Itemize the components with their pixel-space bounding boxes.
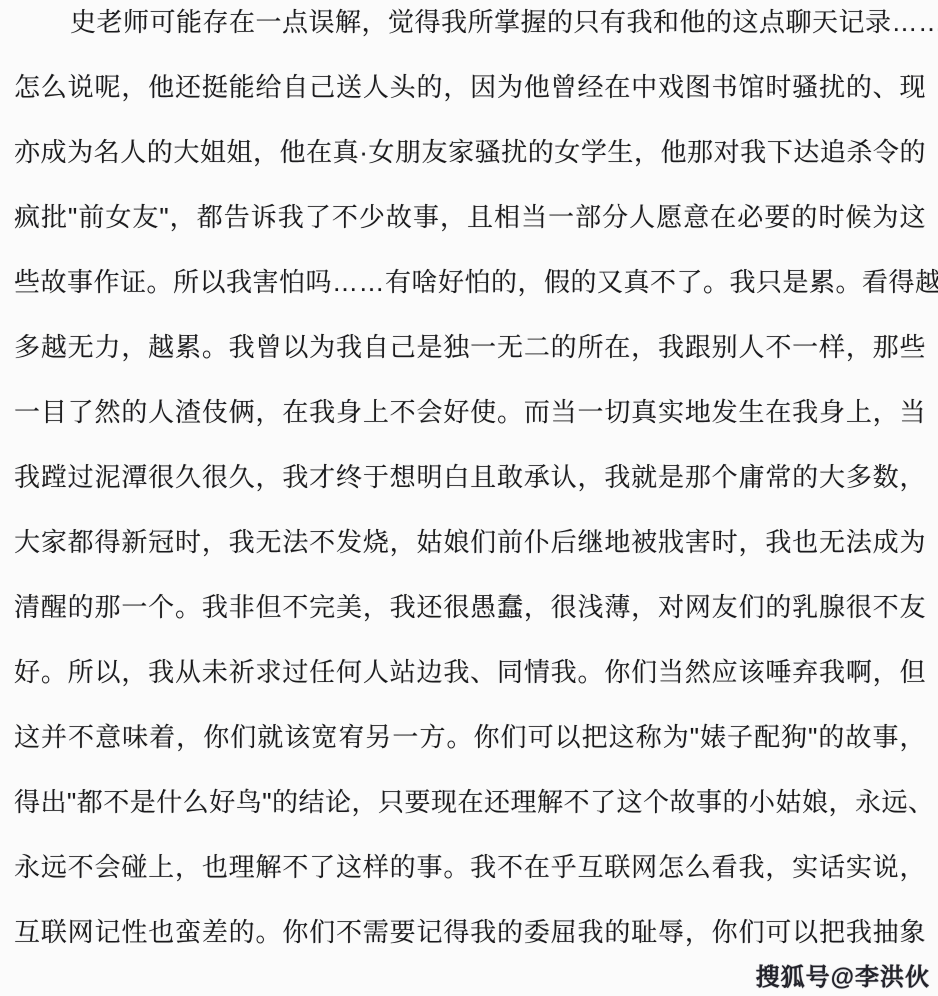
text-line: 亦成为名人的大姐姐，他在真·女朋友家骚扰的女学生，他那对我下达追杀令的 — [14, 120, 926, 185]
text-line: 怎么说呢，他还挺能给自己送人头的，因为他曾经在中戏图书馆时骚扰的、现 — [14, 55, 926, 120]
text-line: 清醒的那一个。我非但不完美，我还很愚蠢，很浅薄，对网友们的乳腺很不友 — [14, 575, 926, 640]
text-line: 这并不意味着，你们就该宽宥另一方。你们可以把这称为"婊子配狗"的故事， — [14, 705, 926, 770]
text-line: 得出"都不是什么好鸟"的结论，只要现在还理解不了这个故事的小姑娘，永远、 — [14, 770, 926, 835]
text-line: 史老师可能存在一点误解，觉得我所掌握的只有我和他的这点聊天记录…… — [14, 0, 926, 55]
paragraph-text: 史老师可能存在一点误解，觉得我所掌握的只有我和他的这点聊天记录…… 怎么说呢，他… — [14, 0, 926, 965]
text-line: 永远不会碰上，也理解不了这样的事。我不在乎互联网怎么看我，实话实说， — [14, 835, 926, 900]
text-line: 一目了然的人渣伎俩，在我身上不会好使。而当一切真实地发生在我身上，当 — [14, 380, 926, 445]
text-line: 些故事作证。所以我害怕吗……有啥好怕的，假的又真不了。我只是累。看得越 — [14, 250, 926, 315]
text-line: 互联网记性也蛮差的。你们不需要记得我的委屈我的耻辱，你们可以把我抽象 — [14, 900, 926, 965]
text-line: 多越无力，越累。我曾以为我自己是独一无二的所在，我跟别人不一样，那些 — [14, 315, 926, 380]
text-line: 我蹚过泥潭很久很久，我才终于想明白且敢承认，我就是那个庸常的大多数， — [14, 445, 926, 510]
text-line: 大家都得新冠时，我无法不发烧，姑娘们前仆后继地被戕害时，我也无法成为 — [14, 510, 926, 575]
text-line: 好。所以，我从未祈求过任何人站边我、同情我。你们当然应该唾弃我啊，但 — [14, 640, 926, 705]
text-line: 疯批"前女友"，都告诉我了不少故事，且相当一部分人愿意在必要的时候为这 — [14, 185, 926, 250]
article-page: 史老师可能存在一点误解，觉得我所掌握的只有我和他的这点聊天记录…… 怎么说呢，他… — [0, 0, 938, 996]
souhu-watermark: 搜狐号@李洪伙 — [756, 957, 930, 992]
